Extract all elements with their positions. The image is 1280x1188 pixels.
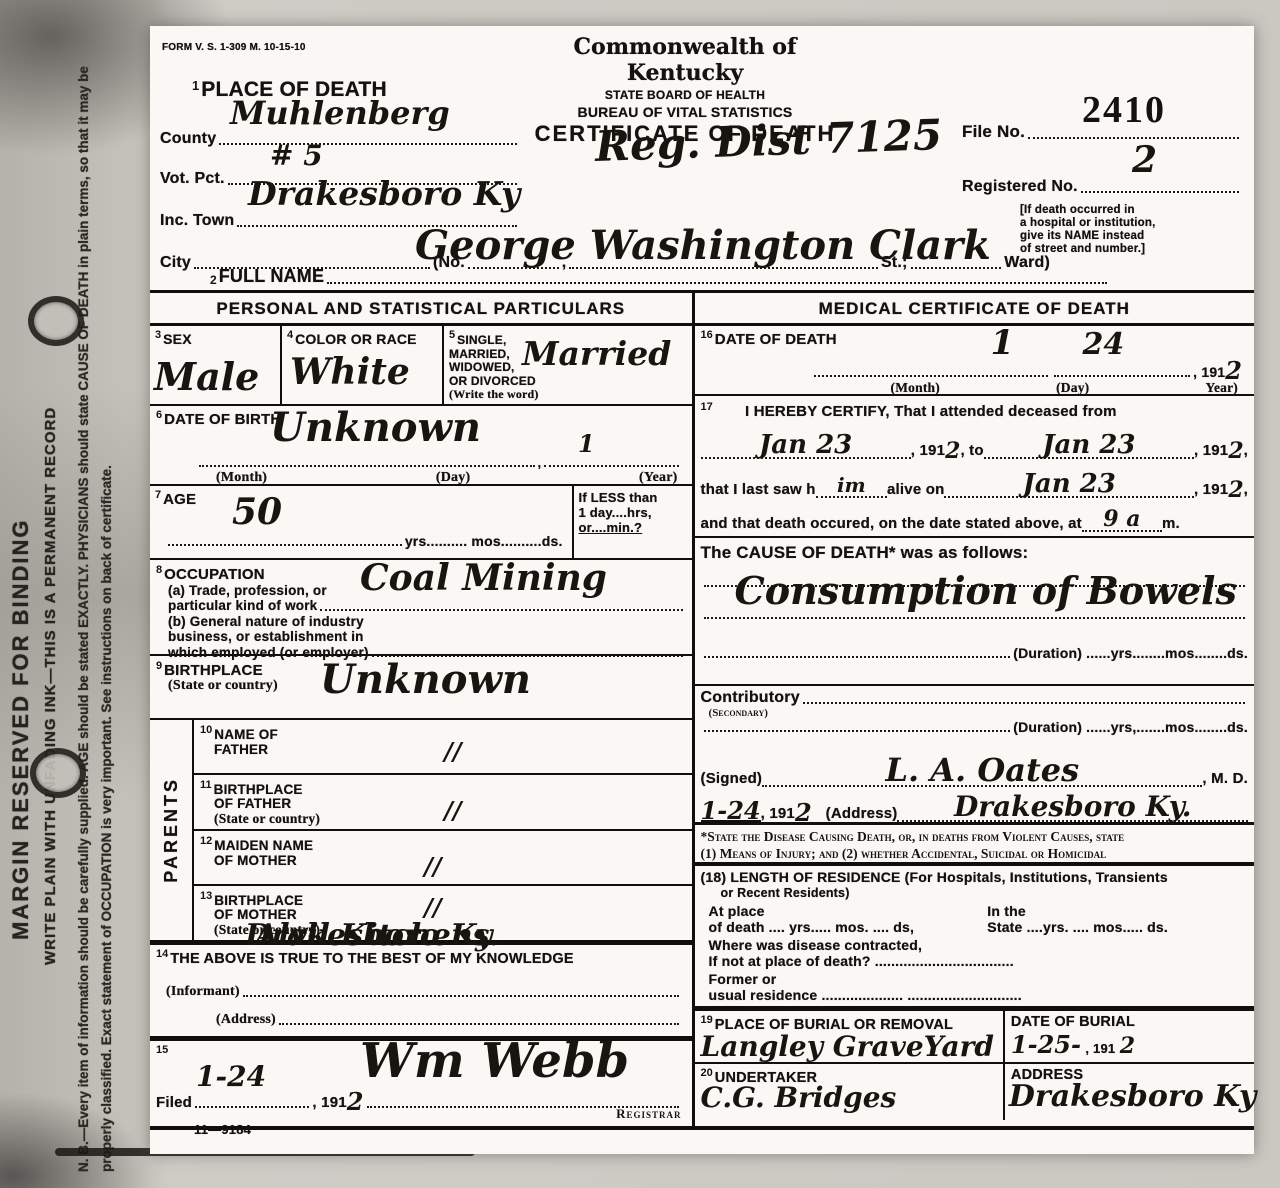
certify-from-end: , to <box>960 442 983 459</box>
hospital-note-line1: [If death occurred in <box>1020 204 1246 217</box>
signed-year-digit: 2 <box>795 805 812 822</box>
contributory-label: Contributory <box>701 689 800 707</box>
burial-date-label: DATE OF BURIAL <box>1011 1014 1248 1030</box>
margin-binding-text: MARGIN RESERVED FOR BINDING <box>8 518 34 940</box>
residence-contracted-l1: Where was disease contracted, <box>709 937 1248 953</box>
full-name-num: 2 <box>210 273 217 287</box>
state-board-line: STATE BOARD OF HEALTH <box>520 88 850 102</box>
print-code: 11—9184 <box>194 1122 251 1137</box>
dob-month-label: (Month) <box>216 470 267 486</box>
certify-intro: I HEREBY CERTIFY, That I attended deceas… <box>745 403 1117 420</box>
vot-pct-value: # 5 <box>270 146 323 166</box>
occupation-row: 8OCCUPATION (a) Trade, profession, or pa… <box>150 560 692 656</box>
residence-contracted-l2: If not at place of death? ..............… <box>709 953 1248 969</box>
parents-label: PARENTS <box>161 777 182 883</box>
father-num: 10 <box>200 724 212 736</box>
certify-saw-value: Jan 23 <box>1023 469 1116 499</box>
undertaker-cell: 20UNDERTAKER C.G. Bridges <box>695 1064 1005 1120</box>
mother-num: 12 <box>200 835 212 847</box>
dod-month-value: 1 <box>991 332 1015 356</box>
color-value: White <box>290 360 410 385</box>
registered-no-value: 2 <box>1132 148 1157 173</box>
marital-cell: 5SINGLE, MARRIED, WIDOWED, OR DIVORCED (… <box>444 326 692 404</box>
age-cell: 7AGE yrs.......... mos..........ds. 50 <box>150 486 572 558</box>
mother-l1: MAIDEN NAME <box>214 838 313 853</box>
signed-md: , M. D. <box>1202 770 1248 787</box>
residence-at-l2: of death .... yrs..... mos. .... ds, <box>709 919 988 935</box>
sex-value: Male <box>154 364 259 391</box>
dob-value: Unknown <box>270 414 481 442</box>
residence-at-l1: At place <box>709 903 988 919</box>
residence-former-l2: usual residence .................... ...… <box>709 987 1248 1003</box>
father-value: // <box>444 744 462 761</box>
residence-former-l1: Former or <box>709 971 1248 987</box>
filed-num: 15 <box>156 1044 168 1056</box>
residence-row: (18) LENGTH OF RESIDENCE (For Hospitals,… <box>695 866 1254 1008</box>
residence-in-l2: State ....yrs. .... mos..... ds. <box>987 919 1248 935</box>
occupation-num: 8 <box>156 564 162 576</box>
burial-row: 19PLACE OF BURIAL OR REMOVAL Langley Gra… <box>695 1008 1254 1064</box>
certify-saw-end: , <box>1244 481 1248 498</box>
mother-l2: OF MOTHER <box>214 854 686 869</box>
registrar-label: Registrar <box>616 1106 681 1122</box>
father-l1: NAME OF <box>214 727 278 742</box>
dod-day-value: 24 <box>1083 334 1125 355</box>
undertaker-num: 20 <box>701 1067 713 1079</box>
dod-row: 16DATE OF DEATH , 191 2 (Month) (Day) Ye… <box>695 326 1254 396</box>
age-value: 50 <box>232 500 282 525</box>
burial-value: Langley GraveYard <box>701 1037 994 1057</box>
city-label: City <box>160 254 191 272</box>
inc-town-label: Inc. Town <box>160 212 234 230</box>
occupation-label: OCCUPATION <box>164 566 265 583</box>
father-bp-value: // <box>444 803 462 820</box>
filed-year-digit: 2 <box>347 1094 364 1111</box>
attest-label: THE ABOVE IS TRUE TO THE BEST OF MY KNOW… <box>170 951 573 967</box>
certify-to-value: Jan 23 <box>1042 430 1135 460</box>
father-birthplace-row: 11BIRTHPLACE OF FATHER (State or country… <box>194 775 692 832</box>
age-num: 7 <box>155 489 161 501</box>
cause-label: The CAUSE OF DEATH* was as follows: <box>701 543 1248 563</box>
certify-saw-post: alive on <box>887 481 944 498</box>
dob-label: DATE OF BIRTH <box>164 411 281 428</box>
registered-no-row: Registered No. 2 <box>962 178 1242 196</box>
undertaker-row: 20UNDERTAKER C.G. Bridges ADDRESS Drakes… <box>695 1064 1254 1120</box>
mother-name-row: 12MAIDEN NAME OF MOTHER // <box>194 831 692 886</box>
contributory-row: Contributory (Secondary) (Duration) ....… <box>695 686 1254 746</box>
residence-label2: or Recent Residents) <box>721 885 1248 901</box>
dod-num: 16 <box>701 329 713 341</box>
occupation-a2: particular kind of work <box>168 598 317 614</box>
sex-cell: 3SEX Male <box>150 326 282 404</box>
filed-date-value: 1-24 <box>196 1067 266 1087</box>
age-less-l3: or....min.? <box>579 520 687 535</box>
file-no-row: File No. 2410 <box>962 122 1242 142</box>
age-less-l1: If LESS than <box>579 490 687 505</box>
certify-row: 17 I HEREBY CERTIFY, That I attended dec… <box>695 396 1254 538</box>
medical-column: MEDICAL CERTIFICATE OF DEATH 16DATE OF D… <box>695 293 1254 1126</box>
signed-label: (Signed) <box>701 770 763 787</box>
certificate-paper: FORM V. S. 1-309 M. 10-15-10 1PLACE OF D… <box>150 26 1254 1154</box>
dod-month-label: (Month) <box>891 380 940 396</box>
certify-from-year: , 191 <box>911 442 945 459</box>
residence-label1: (18) LENGTH OF RESIDENCE (For Hospitals,… <box>701 869 1168 885</box>
mother-bp-value: // <box>424 900 442 917</box>
dod-year-digit: 2 <box>1225 363 1242 380</box>
certify-to-digit: 2 <box>1228 444 1243 459</box>
father-bp-num: 11 <box>200 779 212 791</box>
marital-l4: OR DIVORCED <box>449 375 687 389</box>
attest-num: 14 <box>156 948 168 960</box>
marital-num: 5 <box>449 329 455 341</box>
reg-dist-value: Reg. Dist 7125 <box>595 120 943 161</box>
birthplace-label: BIRTHPLACE <box>164 662 263 679</box>
certify-death-m: m. <box>1162 515 1180 532</box>
full-name-value: George Washington Clark <box>415 232 991 260</box>
mother-value: // <box>424 859 442 876</box>
footnote-line2: (1) Means of Injury; and (2) whether Acc… <box>701 845 1248 862</box>
signed-address-label: (Address) <box>826 805 898 822</box>
age-units: yrs.......... mos..........ds. <box>405 533 563 549</box>
dod-day-label: (Day) <box>1056 380 1089 396</box>
informant-label: (Informant) <box>166 984 240 1000</box>
burial-year-printed: , 191 <box>1085 1041 1115 1056</box>
form-number-text: FORM V. S. 1-309 M. 10-15-10 <box>162 42 306 53</box>
birthplace-num: 9 <box>156 660 162 672</box>
county-row: County Muhlenberg <box>160 130 520 148</box>
age-less-l2: 1 day....hrs, <box>579 505 687 520</box>
certify-num: 17 <box>701 401 713 413</box>
age-row: 7AGE yrs.......... mos..........ds. 50 I… <box>150 486 692 560</box>
scanned-death-certificate: MARGIN RESERVED FOR BINDING WRITE PLAIN … <box>0 0 1280 1188</box>
mother-bp-num: 13 <box>200 890 212 902</box>
vot-pct-label: Vot. Pct. <box>160 170 225 188</box>
burial-date-cell: DATE OF BURIAL 1-25- , 191 2 <box>1005 1011 1254 1062</box>
margin-nb-note: N. B.—Every item of information should b… <box>72 62 118 1172</box>
main-table: PERSONAL AND STATISTICAL PARTICULARS 3SE… <box>150 290 1254 1130</box>
county-label: County <box>160 130 216 148</box>
certify-saw-year: , 191 <box>1194 481 1228 498</box>
personal-title: PERSONAL AND STATISTICAL PARTICULARS <box>150 293 692 326</box>
signed-value: L. A. Oates <box>885 751 1079 789</box>
parents-block: PARENTS 10NAME OF FATHER // 11BIRTHPLACE… <box>150 720 692 942</box>
dob-num: 6 <box>156 409 162 421</box>
certify-saw-fill: im <box>837 473 866 497</box>
color-race-cell: 4COLOR OR RACE White <box>282 326 444 404</box>
dob-year-label: (Year) <box>639 470 678 486</box>
burial-date-value: 1-25- <box>1011 1030 1081 1059</box>
certify-saw-pre: that I last saw h <box>701 481 816 498</box>
contributory-secondary: (Secondary) <box>709 707 1248 719</box>
dod-year-label: Year) <box>1206 380 1238 396</box>
registered-no-label: Registered No. <box>962 178 1078 196</box>
file-no-value: 2410 <box>1082 88 1166 132</box>
certify-death-line: and that death occured, on the date stat… <box>701 515 1082 532</box>
occupation-b1: (b) General nature of industry <box>168 614 686 630</box>
cause-row: The CAUSE OF DEATH* was as follows: Cons… <box>695 538 1254 686</box>
contributory-duration: (Duration) ......yrs,.......mos........d… <box>1013 719 1248 735</box>
filed-label: Filed <box>156 1094 192 1111</box>
dod-label: DATE OF DEATH <box>715 331 837 348</box>
punch-hole-top <box>28 296 84 346</box>
color-label: COLOR OR RACE <box>295 331 417 347</box>
parents-side-cell: PARENTS <box>150 720 194 940</box>
birthplace-row: 9BIRTHPLACE (State or country) Unknown <box>150 656 692 720</box>
occupation-value: Coal Mining <box>360 566 607 591</box>
marital-value: Married <box>522 342 671 365</box>
undertaker-address-cell: ADDRESS Drakesboro Ky <box>1005 1064 1254 1120</box>
medical-title: MEDICAL CERTIFICATE OF DEATH <box>695 293 1254 326</box>
age-label: AGE <box>163 491 196 508</box>
certify-to-end: , <box>1244 442 1248 459</box>
registrar-signature: Wm Webb <box>360 1045 629 1079</box>
color-num: 4 <box>287 329 293 341</box>
certify-from-value: Jan 23 <box>759 430 852 460</box>
personal-column: PERSONAL AND STATISTICAL PARTICULARS 3SE… <box>150 293 695 1126</box>
full-name-row: 2 FULL NAME George Washington Clark <box>210 266 1110 287</box>
parents-rows: 10NAME OF FATHER // 11BIRTHPLACE OF FATH… <box>194 720 692 940</box>
full-name-label: FULL NAME <box>219 266 324 287</box>
undertaker-value: C.G. Bridges <box>701 1088 897 1108</box>
age-less-cell: If LESS than 1 day....hrs, or....min.? <box>572 486 692 558</box>
marital-l1: SINGLE, <box>457 333 506 347</box>
certify-saw-digit: 2 <box>1228 483 1243 498</box>
certify-death-time: 9 a <box>1103 506 1140 532</box>
filed-row: 15 Filed , 191 2 1-24 Wm Webb Registrar <box>150 1038 692 1126</box>
signed-address-value: Drakesboro Ky. <box>954 790 1191 823</box>
footnote-line1: *State the Disease Causing Death, or, in… <box>701 828 1248 845</box>
informant-address-label: (Address) <box>216 1012 276 1028</box>
place-of-death-num: 1 <box>192 78 199 93</box>
burial-year-digit: 2 <box>1120 1033 1135 1059</box>
father-bp-l1: BIRTHPLACE <box>214 782 303 797</box>
certify-to-year: , 191 <box>1194 442 1228 459</box>
dob-year-value: 1 <box>578 436 595 453</box>
birthplace-value: Unknown <box>320 666 531 694</box>
punch-hole-bottom <box>30 748 86 798</box>
margin-write-plain-text: WRITE PLAIN WITH UNFADING INK—THIS IS A … <box>42 407 59 965</box>
dob-row: 6DATE OF BIRTH , (Month) (Day) (Year) Un… <box>150 406 692 486</box>
signed-date: 1-24 <box>701 803 761 822</box>
dob-comma: , <box>538 455 542 470</box>
dob-day-label: (Day) <box>436 470 470 486</box>
filed-year-printed: , 191 <box>312 1094 346 1111</box>
mother-bp-l1: BIRTHPLACE <box>214 893 303 908</box>
hospital-note: [If death occurred in a hospital or inst… <box>1020 204 1246 256</box>
county-value: Muhlenberg <box>230 102 450 124</box>
father-name-row: 10NAME OF FATHER // <box>194 720 692 775</box>
attest-row: 14THE ABOVE IS TRUE TO THE BEST OF MY KN… <box>150 942 692 1038</box>
commonwealth-title: Commonwealth of Kentucky <box>520 34 850 86</box>
file-no-label: File No. <box>962 122 1025 142</box>
informant-address-value: Drakesboro Ky. <box>245 925 499 946</box>
burial-place-cell: 19PLACE OF BURIAL OR REMOVAL Langley Gra… <box>695 1011 1005 1062</box>
form-number: FORM V. S. 1-309 M. 10-15-10 <box>162 42 306 53</box>
occupation-b2: business, or establishment in <box>168 629 686 645</box>
inc-town-value: Drakesboro Ky <box>248 182 520 205</box>
undertaker-address-value: Drakesboro Ky <box>1009 1086 1256 1107</box>
hospital-note-line4: of street and number.] <box>1020 243 1246 256</box>
cause-duration: (Duration) ......yrs........mos........d… <box>1013 645 1248 661</box>
sex-label: SEX <box>163 331 192 347</box>
signed-year-printed: , 191 <box>761 805 795 822</box>
sex-color-marital-row: 3SEX Male 4COLOR OR RACE White 5SINGLE, … <box>150 326 692 406</box>
certify-from-digit: 2 <box>945 444 960 459</box>
cause-value: Consumption of Bowels <box>735 578 1237 605</box>
residence-in-l1: In the <box>987 903 1248 919</box>
burial-num: 19 <box>701 1014 713 1026</box>
hospital-note-line2: a hospital or institution, <box>1020 217 1246 230</box>
sex-num: 3 <box>155 329 161 341</box>
marital-note: (Write the word) <box>449 388 687 402</box>
dod-year-printed: , 191 <box>1193 364 1225 380</box>
hospital-note-line3: give its NAME instead <box>1020 230 1246 243</box>
signed-row: (Signed) L. A. Oates , M. D. 1-24 , 191 … <box>695 746 1254 822</box>
cause-footnote: *State the Disease Causing Death, or, in… <box>695 822 1254 866</box>
